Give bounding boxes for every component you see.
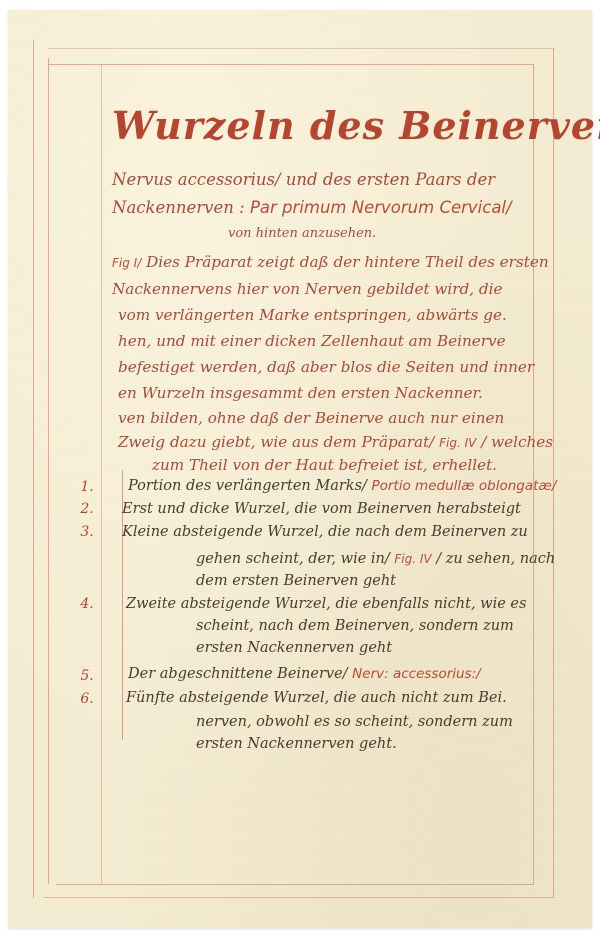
subtitle-latin: Par primum Nervorum Cervical/ bbox=[250, 198, 512, 217]
legend-text: nerven, obwohl es so scheint, sondern zu… bbox=[196, 714, 513, 730]
legend-item-3-line-3: dem ersten Beinerven geht bbox=[196, 569, 396, 593]
legend-number: 4. bbox=[72, 596, 102, 612]
body-text: Nackennervens hier von Nerven gebildet w… bbox=[112, 280, 502, 298]
bottom-outer-rule bbox=[44, 897, 554, 898]
body-line-3: vom verlängerten Marke entspringen, abwä… bbox=[118, 303, 507, 327]
subtitle-text: von hinten anzusehen. bbox=[228, 226, 376, 241]
subtitle-line-3: von hinten anzusehen. bbox=[228, 222, 376, 246]
legend-item-3-line-2: gehen scheint, der, wie in/ Fig. IV / zu… bbox=[196, 547, 555, 571]
legend-number: 5. bbox=[72, 668, 102, 684]
legend-latin: Portio medullæ oblongatæ/ bbox=[372, 478, 557, 494]
legend-text: Der abgeschnittene Beinerve/ bbox=[128, 666, 348, 682]
outer-left-rule bbox=[33, 40, 34, 898]
legend-text: Fünfte absteigende Wurzel, die auch nich… bbox=[126, 690, 507, 706]
subtitle-separator: : bbox=[239, 198, 250, 217]
legend-number: 3. bbox=[72, 524, 102, 540]
legend-text: ersten Nackennerven geht. bbox=[196, 736, 397, 752]
legend-text: Zweite absteigende Wurzel, die ebenfalls… bbox=[126, 596, 526, 612]
body-line-7: ven bilden, ohne daß der Beinerve auch n… bbox=[118, 406, 504, 430]
body-text: ven bilden, ohne daß der Beinerve auch n… bbox=[118, 409, 504, 427]
body-text: Dies Präparat zeigt daß der hintere Thei… bbox=[146, 253, 549, 271]
outer-right-rule bbox=[553, 48, 554, 898]
body-text: befestiget werden, daß aber blos die Sei… bbox=[118, 358, 534, 376]
legend-text: ersten Nackennerven geht bbox=[196, 640, 392, 656]
top-outer-rule bbox=[48, 48, 554, 49]
legend-text: dem ersten Beinerven geht bbox=[196, 573, 396, 589]
figure-label: Fig I/ bbox=[112, 256, 141, 270]
legend-text: scheint, nach dem Beinerven, sondern zum bbox=[196, 618, 514, 634]
body-line-1: Fig I/ Dies Präparat zeigt daß der hinte… bbox=[112, 250, 549, 275]
legend-item-6-line-1: Fünfte absteigende Wurzel, die auch nich… bbox=[126, 686, 507, 710]
legend-text: Portion des verlängerten Marks/ bbox=[128, 478, 367, 494]
legend-item-6-line-3: ersten Nackennerven geht. bbox=[196, 732, 397, 756]
body-text: zum Theil von der Haut befreiet ist, erh… bbox=[152, 456, 497, 474]
legend-item-6-line-2: nerven, obwohl es so scheint, sondern zu… bbox=[196, 710, 513, 734]
body-text: / welches bbox=[481, 433, 553, 451]
bottom-inner-rule bbox=[56, 884, 534, 885]
body-line-2: Nackennervens hier von Nerven gebildet w… bbox=[112, 277, 502, 301]
legend-item-4-line-1: Zweite absteigende Wurzel, die ebenfalls… bbox=[126, 592, 526, 616]
legend-number: 1. bbox=[72, 479, 102, 495]
body-line-6: en Wurzeln insgesammt den ersten Nackenn… bbox=[118, 381, 483, 405]
legend-item-2: Erst und dicke Wurzel, die vom Beinerven… bbox=[122, 497, 521, 521]
legend-item-5: Der abgeschnittene Beinerve/ Nerv: acces… bbox=[128, 662, 481, 686]
legend-number: 6. bbox=[72, 691, 102, 707]
legend-text: Erst und dicke Wurzel, die vom Beinerven… bbox=[122, 501, 521, 517]
legend-item-3-line-1: Kleine absteigende Wurzel, die nach dem … bbox=[122, 520, 528, 544]
top-inner-rule bbox=[48, 64, 534, 65]
text-left-rule bbox=[101, 64, 102, 884]
figure-reference: Fig. IV bbox=[394, 552, 431, 566]
body-line-4: hen, und mit einer dicken Zellenhaut am … bbox=[118, 329, 506, 353]
legend-item-1: Portion des verlängerten Marks/ Portio m… bbox=[128, 474, 556, 498]
figure-reference: Fig. IV bbox=[439, 436, 476, 450]
legend-item-4-line-3: ersten Nackennerven geht bbox=[196, 636, 392, 660]
body-text: hen, und mit einer dicken Zellenhaut am … bbox=[118, 332, 506, 350]
legend-number: 2. bbox=[72, 501, 102, 517]
legend-text: gehen scheint, der, wie in/ bbox=[196, 551, 390, 567]
body-text: vom verlängerten Marke entspringen, abwä… bbox=[118, 306, 507, 324]
legend-text: / zu sehen, nach bbox=[436, 551, 555, 567]
legend-latin: Nerv: accessorius:/ bbox=[352, 666, 481, 682]
body-line-5: befestiget werden, daß aber blos die Sei… bbox=[118, 355, 534, 379]
page-title: Wurzeln des Beinerven bbox=[112, 103, 552, 148]
body-text: Zweig dazu giebt, wie aus dem Präparat/ bbox=[118, 433, 434, 451]
inner-left-rule bbox=[48, 58, 49, 884]
body-text: en Wurzeln insgesammt den ersten Nackenn… bbox=[118, 384, 483, 402]
subtitle-line-1: Nervus accessorius/ und des ersten Paars… bbox=[112, 168, 495, 192]
subtitle-german: Nackennerven bbox=[112, 198, 234, 217]
subtitle-line-2: Nackennerven : Par primum Nervorum Cervi… bbox=[112, 196, 512, 220]
subtitle-text: Nervus accessorius/ und des ersten Paars… bbox=[112, 170, 495, 189]
legend-item-4-line-2: scheint, nach dem Beinerven, sondern zum bbox=[196, 614, 514, 638]
body-line-8: Zweig dazu giebt, wie aus dem Präparat/ … bbox=[118, 430, 553, 455]
legend-text: Kleine absteigende Wurzel, die nach dem … bbox=[122, 524, 528, 540]
